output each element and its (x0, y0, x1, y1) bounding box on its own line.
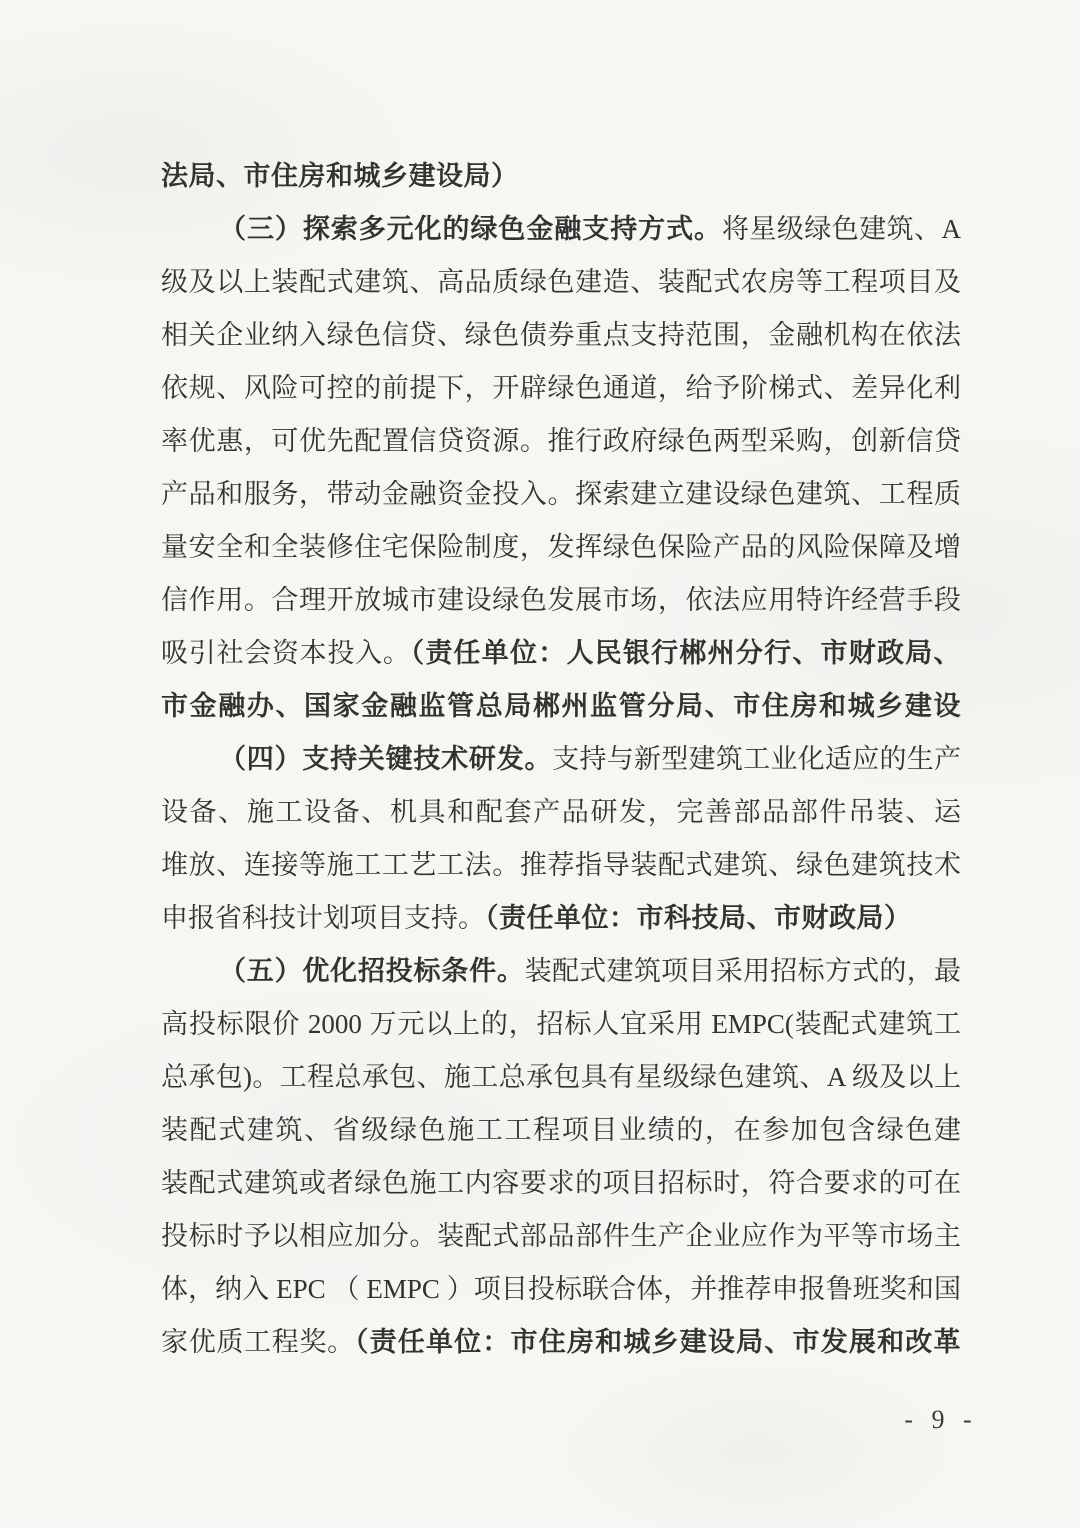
text-run: 量安全和全装修住宅保险制度，发挥绿色保险产品的风险保障及增 (161, 532, 961, 562)
text-line: 吸引社会资本投入。（责任单位：人民银行郴州分行、市财政局、 (161, 627, 961, 680)
text-run: 高投标限价 2000 万元以上的，招标人宜采用 EMPC(装配式建筑工程 (161, 1009, 961, 1051)
bold-text-run: （责任单位：市科技局、市财政局） (485, 903, 912, 933)
text-run: 总承包)。工程总承包、施工总承包具有星级绿色建筑、A 级及以上 (161, 1062, 961, 1092)
text-run: 产品和服务，带动金融资金投入。探索建立建设绿色建筑、工程质 (161, 479, 961, 509)
text-line: （四）支持关键技术研发。支持与新型建筑工业化适应的生产 (161, 733, 961, 786)
bold-text-run: （五）优化招投标条件。 (219, 956, 525, 986)
text-run: 率优惠，可优先配置信贷资源。推行政府绿色两型采购，创新信贷 (161, 426, 961, 456)
text-run: 相关企业纳入绿色信贷、绿色债券重点支持范围，金融机构在依法 (161, 320, 961, 350)
text-run: 依规、风险可控的前提下，开辟绿色通道，给予阶梯式、差异化利 (161, 373, 961, 403)
text-line: 装配式建筑、省级绿色施工工程项目业绩的，在参加包含绿色建筑、 (161, 1104, 961, 1157)
text-run: 投标时予以相应加分。装配式部品部件生产企业应作为平等市场主 (161, 1221, 961, 1251)
text-line: 市金融办、国家金融监管总局郴州监管分局、市住房和城乡建设局） (161, 680, 961, 733)
bold-text-run: 市金融办、国家金融监管总局郴州监管分局、市住房和城乡建设局） (161, 691, 961, 733)
text-line: 高投标限价 2000 万元以上的，招标人宜采用 EMPC(装配式建筑工程 (161, 998, 961, 1051)
bold-text-run: （责任单位：市住房和城乡建设局、市发展和改革 (355, 1327, 961, 1357)
text-line: 体，纳入 EPC （ EMPC ）项目投标联合体，并推荐申报鲁班奖和国 (161, 1263, 961, 1316)
text-line: 总承包)。工程总承包、施工总承包具有星级绿色建筑、A 级及以上 (161, 1051, 961, 1104)
text-line: 堆放、连接等施工工艺工法。推荐指导装配式建筑、绿色建筑技术 (161, 839, 961, 892)
bold-text-run: （责任单位：人民银行郴州分行、市财政局、 (411, 638, 961, 668)
text-line: 级及以上装配式建筑、高品质绿色建造、装配式农房等工程项目及 (161, 256, 961, 309)
text-line: 申报省科技计划项目支持。（责任单位：市科技局、市财政局） (161, 892, 961, 945)
text-run: 支持与新型建筑工业化适应的生产 (552, 744, 961, 774)
text-line: 装配式建筑或者绿色施工内容要求的项目招标时，符合要求的可在 (161, 1157, 961, 1210)
scanned-document-page: { "page": { "background": "#f6f6f3", "te… (0, 0, 1080, 1528)
text-run: 级及以上装配式建筑、高品质绿色建造、装配式农房等工程项目及 (161, 267, 961, 297)
text-line: 信作用。合理开放城市建设绿色发展市场，依法应用特许经营手段 (161, 574, 961, 627)
text-run: 装配式建筑或者绿色施工内容要求的项目招标时，符合要求的可在 (161, 1168, 961, 1198)
text-run: 装配式建筑、省级绿色施工工程项目业绩的，在参加包含绿色建筑、 (161, 1115, 961, 1157)
bold-text-run: （三）探索多元化的绿色金融支持方式。 (219, 214, 722, 244)
bold-text-run: （四）支持关键技术研发。 (219, 744, 552, 774)
text-line: 相关企业纳入绿色信贷、绿色债券重点支持范围，金融机构在依法 (161, 309, 961, 362)
text-line: 投标时予以相应加分。装配式部品部件生产企业应作为平等市场主 (161, 1210, 961, 1263)
text-line: 依规、风险可控的前提下，开辟绿色通道，给予阶梯式、差异化利 (161, 362, 961, 415)
text-run: 装配式建筑项目采用招标方式的，最 (525, 956, 961, 986)
text-line: （五）优化招投标条件。装配式建筑项目采用招标方式的，最 (161, 945, 961, 998)
text-run: 家优质工程奖。 (161, 1327, 355, 1357)
text-run: 申报省科技计划项目支持。 (161, 903, 485, 933)
text-line: 设备、施工设备、机具和配套产品研发，完善部品部件吊装、运输、 (161, 786, 961, 839)
text-line: （三）探索多元化的绿色金融支持方式。将星级绿色建筑、A (161, 203, 961, 256)
text-run: 设备、施工设备、机具和配套产品研发，完善部品部件吊装、运输、 (161, 797, 961, 839)
text-line: 率优惠，可优先配置信贷资源。推行政府绿色两型采购，创新信贷 (161, 415, 961, 468)
document-body: 法局、市住房和城乡建设局）（三）探索多元化的绿色金融支持方式。将星级绿色建筑、A… (161, 150, 961, 1369)
text-run: 信作用。合理开放城市建设绿色发展市场，依法应用特许经营手段 (161, 585, 961, 615)
text-line: 量安全和全装修住宅保险制度，发挥绿色保险产品的风险保障及增 (161, 521, 961, 574)
text-run: 堆放、连接等施工工艺工法。推荐指导装配式建筑、绿色建筑技术 (161, 850, 961, 880)
text-run: 将星级绿色建筑、A (722, 214, 961, 244)
text-run: 体，纳入 EPC （ EMPC ）项目投标联合体，并推荐申报鲁班奖和国 (161, 1274, 961, 1304)
text-line: 产品和服务，带动金融资金投入。探索建立建设绿色建筑、工程质 (161, 468, 961, 521)
bold-text-run: 法局、市住房和城乡建设局） (161, 161, 519, 191)
text-line: 法局、市住房和城乡建设局） (161, 150, 961, 203)
text-run: 吸引社会资本投入。 (161, 638, 411, 668)
text-line: 家优质工程奖。（责任单位：市住房和城乡建设局、市发展和改革 (161, 1316, 961, 1369)
page-number: - 9 - (896, 1400, 986, 1440)
